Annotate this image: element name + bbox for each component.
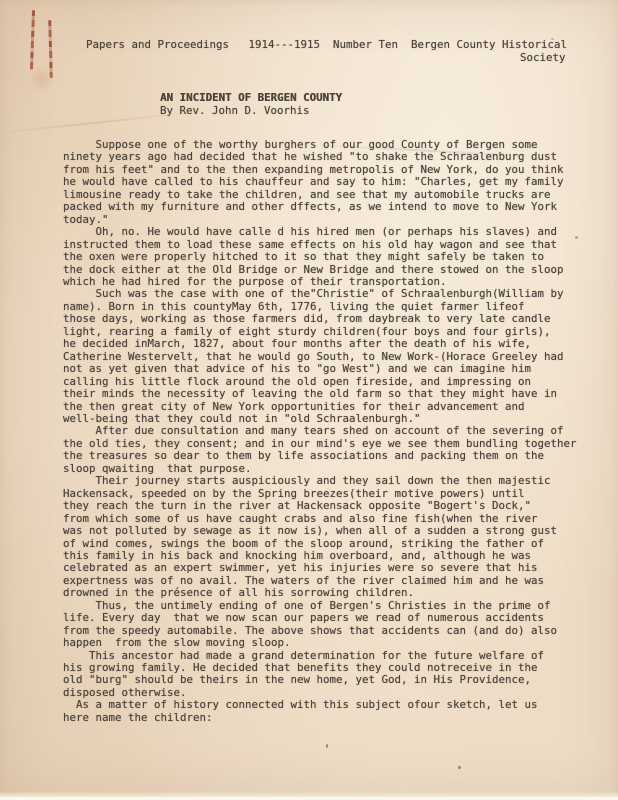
text-line: he would have called to his chauffeur an… (63, 176, 577, 188)
red-margin-mark (30, 10, 35, 70)
text-line: drowned in the présence of all his sorro… (63, 587, 577, 599)
document-byline: By Rev. John D. Voorhis (160, 105, 310, 117)
text-line: Their journey starts auspiciously and th… (63, 475, 577, 487)
text-line: the oxen were properly hitched to it so … (63, 251, 577, 263)
text-line: happen from the slow moving sloop. (63, 637, 577, 649)
page-header-line1: Papers and Proceedings 1914---1915 Numbe… (86, 39, 567, 51)
paper-speck (458, 766, 461, 769)
page-header-line2: Society (520, 52, 566, 64)
text-line: he decided inMarch, 1827, about four mon… (63, 338, 577, 350)
text-line: life. Every day that we now scan our pap… (63, 612, 577, 624)
text-line: was not polluted by sewage as it now is)… (63, 525, 577, 537)
text-line: they reach the turn in the river at Hack… (63, 500, 577, 512)
text-line: Oh, no. He would have calle d his hired … (63, 226, 577, 238)
text-line: After due consultation and many tears sh… (63, 425, 577, 437)
text-line: not as yet given that advice of his to "… (63, 363, 577, 375)
scanned-page: Papers and Proceedings 1914---1915 Numbe… (0, 0, 618, 800)
text-line: packed with my furniture and other dffec… (63, 201, 577, 213)
text-line: As a matter of history connected with th… (63, 699, 577, 711)
text-line: their minds the necessity of leaving the… (63, 388, 577, 400)
text-line: the treasures so dear to them by life as… (63, 450, 577, 462)
document-body: Suppose one of the worthy burghers of ou… (63, 139, 577, 724)
red-margin-smudge (28, 65, 56, 93)
text-line: here name the children: (63, 712, 577, 724)
document-title: AN INCIDENT OF BERGEN COUNTY (160, 92, 342, 104)
text-line: those days, working as those farmers did… (63, 313, 577, 325)
paper-speck (551, 38, 554, 40)
paper-speck (575, 236, 578, 239)
text-line: celebrated as an expert swimmer, yet his… (63, 562, 577, 574)
paper-speck (326, 744, 328, 748)
